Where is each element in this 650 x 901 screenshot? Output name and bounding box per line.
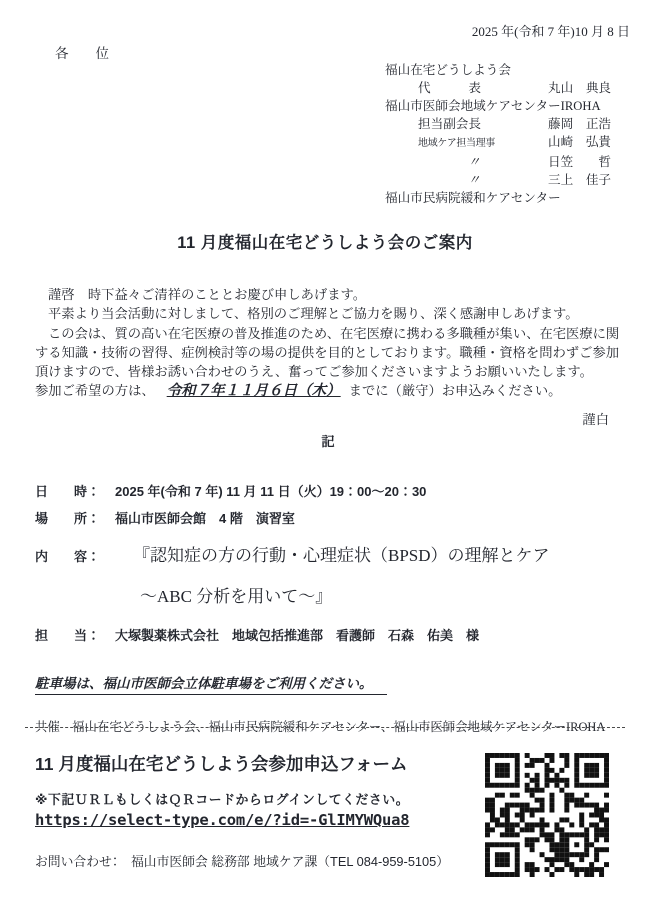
sender-person-name: 三上 佳子	[530, 171, 637, 189]
staff-label: 担 当：	[35, 625, 115, 644]
apply-prefix: 参加ご希望の方は、	[35, 383, 155, 398]
sender-person-name: 山崎 弘貴	[530, 133, 637, 151]
sender-org: 福山市医師会地域ケアセンターIROHA	[385, 97, 637, 115]
apply-suffix: までに（厳守）お申込みください。	[349, 383, 562, 398]
signup-url-link[interactable]: https://select-type.com/e/?id=-GlIMYWQua…	[35, 811, 409, 829]
sender-org: 福山市民病院緩和ケアセンター	[385, 189, 637, 207]
sender-row: 〃 日笠 哲	[385, 153, 637, 171]
content-row: 内 容： 『認知症の方の行動・心理症状（BPSD）の理解とケア	[35, 541, 625, 566]
sender-person-name: 日笠 哲	[530, 153, 637, 171]
sender-row: 〃 三上 佳子	[385, 171, 637, 189]
sender-row: 担当副会長 藤岡 正浩	[385, 115, 637, 133]
datetime-value: 2025 年(令和 7 年) 11 月 11 日（火）19：00～20：30	[115, 481, 426, 500]
event-details: 日 時： 2025 年(令和 7 年) 11 月 11 日（火）19：00～20…	[35, 481, 625, 735]
staff-value: 大塚製薬株式会社 地域包括推進部 看護師 石森 佑美 様	[115, 625, 479, 644]
ditto-mark: 〃	[418, 171, 530, 189]
page-title: 11 月度福山在宅どうしよう会のご案内	[0, 229, 650, 253]
place-value: 福山市医師会館 4 階 演習室	[115, 508, 295, 527]
apply-deadline: 令和７年１１月６日（木）	[167, 383, 341, 399]
content-label: 内 容：	[35, 546, 115, 565]
sender-org: 福山在宅どうしよう会	[385, 61, 637, 79]
document-page: 2025 年(令和 7 年)10 月 8 日 各 位 福山在宅どうしよう会 代 …	[0, 0, 650, 901]
qr-code	[485, 753, 609, 877]
greeting-line: 謹啓 時下益々ご清祥のこととお慶び申しあげます。	[35, 285, 621, 304]
sender-org-name: 福山市医師会地域ケアセンターIROHA	[385, 97, 601, 115]
ditto-mark: 〃	[418, 153, 530, 171]
staff-row: 担 当： 大塚製薬株式会社 地域包括推進部 看護師 石森 佑美 様	[35, 625, 625, 644]
sender-block: 福山在宅どうしよう会 代 表 丸山 典良 福山市医師会地域ケアセンターIROHA…	[385, 61, 637, 207]
sender-org-name: 福山市民病院緩和ケアセンター	[385, 189, 561, 207]
sender-org-name: 福山在宅どうしよう会	[385, 61, 511, 79]
datetime-row: 日 時： 2025 年(令和 7 年) 11 月 11 日（火）19：00～20…	[35, 481, 625, 500]
cosponsor-line: 共催 福山在宅どうしよう会、福山市民病院緩和ケアセンター、福山市医師会地域ケアセ…	[35, 717, 625, 735]
signup-form-title: 11 月度福山在宅どうしよう会参加申込フォーム	[35, 751, 408, 776]
recipient: 各 位	[55, 42, 109, 62]
content-title-line1: 『認知症の方の行動・心理症状（BPSD）の理解とケア	[115, 541, 550, 566]
login-instruction: ※下記ＵＲＬもしくはＱＲコードからログインしてください。	[35, 789, 409, 808]
parking-notice: 駐車場は、福山市医師会立体駐車場をご利用ください。	[35, 672, 387, 695]
content-title-line2: ～ABC 分析を用いて～』	[140, 582, 625, 607]
place-label: 場 所：	[35, 508, 115, 527]
closing-word: 謹白	[35, 410, 621, 429]
contact-line: お問い合わせ： 福山市医師会 総務部 地域ケア課（TEL 084-959-510…	[35, 851, 449, 870]
sender-person-name: 藤岡 正浩	[530, 115, 637, 133]
apply-deadline-line: 参加ご希望の方は、令和７年１１月６日（木）までに（厳守）お申込みください。	[35, 381, 621, 401]
datetime-label: 日 時：	[35, 481, 115, 500]
sender-person-name: 丸山 典良	[530, 79, 637, 97]
sender-row: 代 表 丸山 典良	[385, 79, 637, 97]
letter-body: 謹啓 時下益々ご清祥のこととお慶び申しあげます。 平素より当会活動に対しまして、…	[35, 285, 621, 451]
sender-role: 担当副会長	[418, 115, 530, 133]
dashed-divider	[25, 727, 625, 728]
sender-role: 代 表	[418, 79, 530, 97]
record-mark: 記	[35, 432, 621, 451]
place-row: 場 所： 福山市医師会館 4 階 演習室	[35, 508, 625, 527]
document-date: 2025 年(令和 7 年)10 月 8 日	[472, 21, 630, 40]
sender-row: 地域ケア担当理事 山崎 弘貴	[385, 133, 637, 153]
purpose-paragraph: この会は、質の高い在宅医療の普及推進のため、在宅医療に携わる多職種が集い、在宅医…	[35, 324, 621, 382]
thanks-line: 平素より当会活動に対しまして、格別のご理解とご協力を賜り、深く感謝申しあげます。	[35, 304, 621, 323]
sender-role: 地域ケア担当理事	[418, 135, 530, 153]
